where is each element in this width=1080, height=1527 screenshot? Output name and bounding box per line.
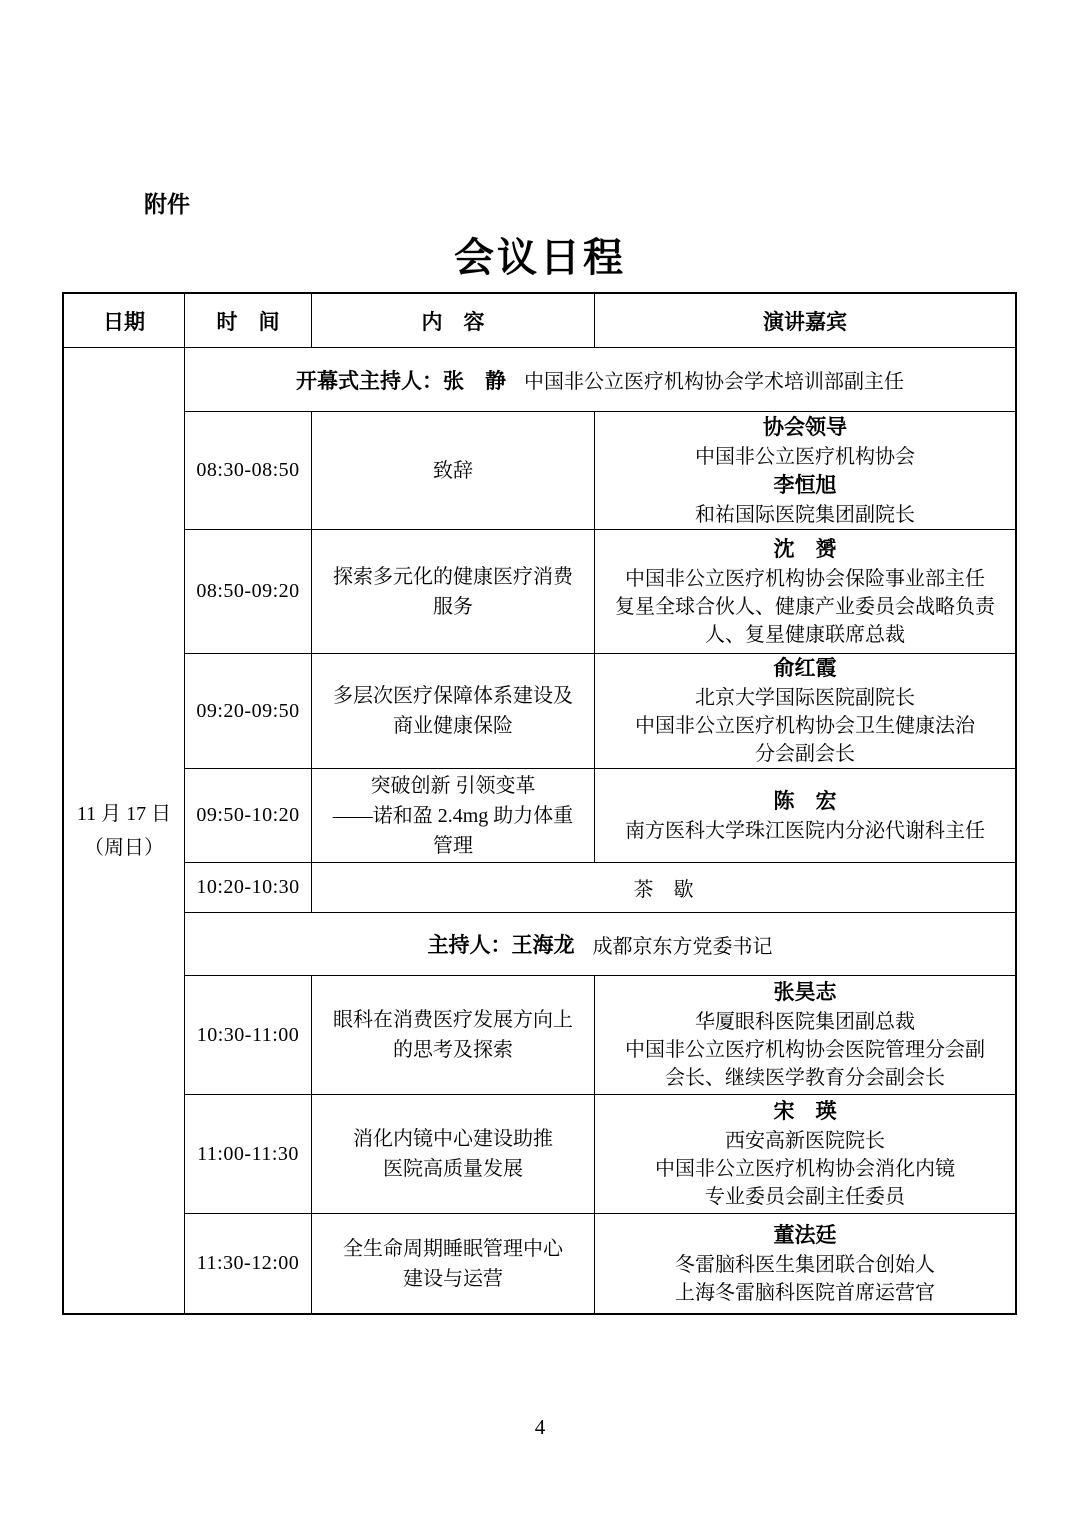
speaker-name: 董法廷 (774, 1221, 837, 1251)
speaker-title: 分会副会长 (755, 740, 855, 768)
speaker-title: 西安高新医院院长 (725, 1127, 885, 1155)
speaker-name: 沈 赟 (774, 535, 837, 565)
header-speaker: 演讲嘉宾 (595, 294, 1015, 348)
time-cell: 10:20-10:30 (185, 863, 312, 913)
content-line: 全生命周期睡眠管理中心 (343, 1234, 563, 1264)
speaker-title: 专业委员会副主任委员 (705, 1183, 905, 1211)
speaker-name: 陈 宏 (774, 787, 837, 817)
host-row: 主持人：王海龙成都京东方党委书记 (185, 913, 1015, 976)
speaker-title: 中国非公立医疗机构协会消化内镜 (655, 1155, 955, 1183)
speaker-name: 李恒旭 (774, 471, 837, 501)
speaker-cell: 张昊志华厦眼科医院集团副总裁中国非公立医疗机构协会医院管理分会副会长、继续医学教… (595, 976, 1015, 1095)
content-line: 多层次医疗保障体系建设及 (333, 681, 573, 711)
content-line: 眼科在消费医疗发展方向上 (333, 1005, 573, 1035)
speaker-cell: 董法廷冬雷脑科医生集团联合创始人上海冬雷脑科医院首席运营官 (595, 1214, 1015, 1313)
document-page: 附件 会议日程 日期 时 间 内 容 演讲嘉宾 11 月 17 日 （周日） 开… (0, 0, 1080, 1527)
page-number: 4 (0, 1415, 1080, 1440)
content-cell: 全生命周期睡眠管理中心建设与运营 (312, 1214, 595, 1313)
time-cell: 11:00-11:30 (185, 1095, 312, 1214)
speaker-title: 会长、继续医学教育分会副会长 (665, 1064, 945, 1092)
date-cell: 11 月 17 日 （周日） (64, 348, 185, 1313)
speaker-title: 中国非公立医疗机构协会 (695, 443, 915, 471)
host-name: 开幕式主持人：张 静 (296, 365, 506, 395)
header-content: 内 容 (312, 294, 595, 348)
time-cell: 09:50-10:20 (185, 769, 312, 863)
speaker-title: 北京大学国际医院副院长 (695, 684, 915, 712)
speaker-name: 宋 瑛 (774, 1097, 837, 1127)
content-line: 突破创新 引领变革 (371, 771, 536, 801)
date-line-2: （周日） (84, 831, 164, 865)
header-date: 日期 (64, 294, 185, 348)
content-cell: 探索多元化的健康医疗消费服务 (312, 530, 595, 654)
speaker-title: 冬雷脑科医生集团联合创始人 (675, 1251, 935, 1279)
time-cell: 11:30-12:00 (185, 1214, 312, 1313)
host-name: 主持人：王海龙 (428, 929, 575, 959)
content-line: ——诺和盈 2.4mg 助力体重 (333, 801, 574, 831)
speaker-title: 南方医科大学珠江医院内分泌代谢科主任 (625, 817, 985, 845)
time-cell: 09:20-09:50 (185, 654, 312, 769)
time-cell: 08:30-08:50 (185, 412, 312, 530)
content-line: 建设与运营 (403, 1264, 503, 1294)
speaker-cell: 沈 赟中国非公立医疗机构协会保险事业部主任复星全球合伙人、健康产业委员会战略负责… (595, 530, 1015, 654)
attachment-label: 附件 (144, 190, 1080, 218)
speaker-name: 俞红霞 (774, 654, 837, 684)
content-line: 的思考及探索 (393, 1035, 513, 1065)
content-cell: 多层次医疗保障体系建设及商业健康保险 (312, 654, 595, 769)
host-title: 中国非公立医疗机构协会学术培训部副主任 (524, 365, 904, 394)
content-cell: 消化内镜中心建设助推医院高质量发展 (312, 1095, 595, 1214)
speaker-name: 协会领导 (763, 413, 847, 443)
content-line: 医院高质量发展 (383, 1154, 523, 1184)
speaker-title: 中国非公立医疗机构协会卫生健康法治 (635, 712, 975, 740)
content-cell: 致辞 (312, 412, 595, 530)
speaker-title: 中国非公立医疗机构协会保险事业部主任 (625, 565, 985, 593)
speaker-cell: 陈 宏南方医科大学珠江医院内分泌代谢科主任 (595, 769, 1015, 863)
speaker-title: 复星全球合伙人、健康产业委员会战略负责 (615, 593, 995, 621)
speaker-title: 华厦眼科医院集团副总裁 (695, 1008, 915, 1036)
page-title: 会议日程 (0, 234, 1080, 282)
time-cell: 10:30-11:00 (185, 976, 312, 1095)
speaker-cell: 宋 瑛西安高新医院院长中国非公立医疗机构协会消化内镜专业委员会副主任委员 (595, 1095, 1015, 1214)
date-line-1: 11 月 17 日 (77, 797, 171, 831)
time-cell: 08:50-09:20 (185, 530, 312, 654)
content-line: 管理 (433, 831, 473, 861)
content-cell: 突破创新 引领变革——诺和盈 2.4mg 助力体重管理 (312, 769, 595, 863)
host-row: 开幕式主持人：张 静中国非公立医疗机构协会学术培训部副主任 (185, 348, 1015, 412)
speaker-cell: 协会领导中国非公立医疗机构协会李恒旭和祐国际医院集团副院长 (595, 412, 1015, 530)
speaker-title: 和祐国际医院集团副院长 (695, 501, 915, 529)
speaker-title: 中国非公立医疗机构协会医院管理分会副 (625, 1036, 985, 1064)
host-title: 成都京东方党委书记 (593, 930, 773, 959)
agenda-table: 日期 时 间 内 容 演讲嘉宾 11 月 17 日 （周日） 开幕式主持人：张 … (62, 292, 1017, 1315)
content-cell: 眼科在消费医疗发展方向上的思考及探索 (312, 976, 595, 1095)
content-line: 消化内镜中心建设助推 (353, 1124, 553, 1154)
speaker-name: 张昊志 (774, 978, 837, 1008)
break-cell: 茶 歇 (312, 863, 1015, 913)
speaker-cell: 俞红霞北京大学国际医院副院长中国非公立医疗机构协会卫生健康法治分会副会长 (595, 654, 1015, 769)
content-line: 服务 (433, 592, 473, 622)
content-line: 商业健康保险 (393, 711, 513, 741)
header-time: 时 间 (185, 294, 312, 348)
speaker-title: 人、复星健康联席总裁 (705, 621, 905, 649)
content-line: 致辞 (433, 456, 473, 486)
content-line: 探索多元化的健康医疗消费 (333, 562, 573, 592)
speaker-title: 上海冬雷脑科医院首席运营官 (675, 1279, 935, 1307)
